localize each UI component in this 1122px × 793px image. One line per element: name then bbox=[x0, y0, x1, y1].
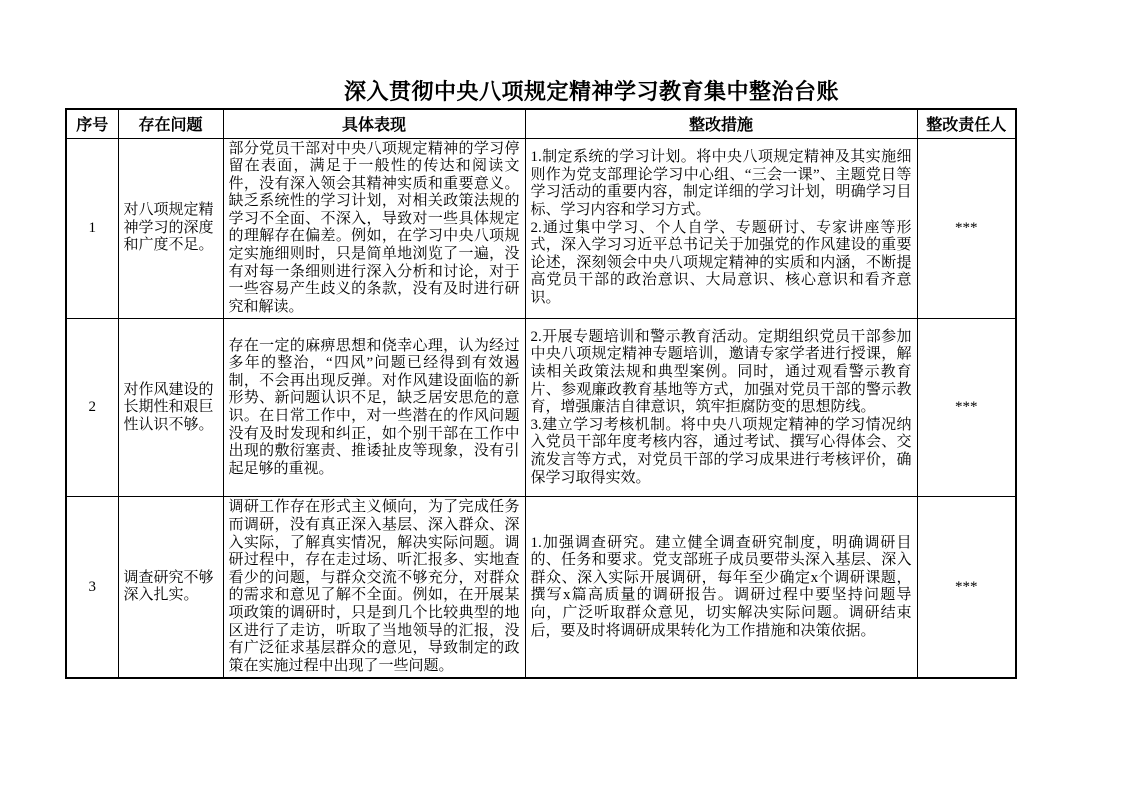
table-row: 3 调查研究不够深入扎实。 调研工作存在形式主义倾向，为了完成任务而调研，没有真… bbox=[66, 497, 1016, 678]
problem-cell: 对作风建设的长期性和艰巨性认识不够。 bbox=[118, 319, 223, 497]
header-row: 序号 存在问题 具体表现 整改措施 整改责任人 bbox=[66, 109, 1016, 138]
table-row: 1 对八项规定精神学习的深度和广度不足。 部分党员干部对中央八项规定精神的学习停… bbox=[66, 138, 1016, 319]
measure-item: 1.加强调查研究。建立健全调查研究制度，明确调研目的、任务和要求。党支部班子成员… bbox=[531, 535, 912, 641]
measures-cell: 1.制定系统的学习计划。将中央八项规定精神及其实施细则作为党支部理论学习中心组、… bbox=[525, 138, 917, 319]
measure-item: 2.开展专题培训和警示教育活动。定期组织党员干部参加中央八项规定精神专题培训，邀… bbox=[531, 329, 912, 417]
measure-item: 1.制定系统的学习计划。将中央八项规定精神及其实施细则作为党支部理论学习中心组、… bbox=[531, 149, 912, 219]
row-index-cell: 3 bbox=[66, 497, 118, 678]
measure-item: 2.通过集中学习、个人自学、专题研讨、专家讲座等形式，深入学习习近平总书记关于加… bbox=[531, 220, 912, 308]
responsible-cell: *** bbox=[917, 497, 1016, 678]
column-header-index: 序号 bbox=[66, 109, 118, 138]
manifestation-cell: 存在一定的麻痹思想和侥幸心理，认为经过多年的整治，“四风”问题已经得到有效遏制，… bbox=[223, 319, 525, 497]
manifestation-cell: 部分党员干部对中央八项规定精神的学习停留在表面，满足于一般性的传达和阅读文件，没… bbox=[223, 138, 525, 319]
column-header-measures: 整改措施 bbox=[525, 109, 917, 138]
measures-cell: 2.开展专题培训和警示教育活动。定期组织党员干部参加中央八项规定精神专题培训，邀… bbox=[525, 319, 917, 497]
document-title: 深入贯彻中央八项规定精神学习教育集中整治台账 bbox=[344, 75, 839, 106]
table-row: 2 对作风建设的长期性和艰巨性认识不够。 存在一定的麻痹思想和侥幸心理，认为经过… bbox=[66, 319, 1016, 497]
measures-cell: 1.加强调查研究。建立健全调查研究制度，明确调研目的、任务和要求。党支部班子成员… bbox=[525, 497, 917, 678]
column-header-problem: 存在问题 bbox=[118, 109, 223, 138]
rectification-ledger-table: 序号 存在问题 具体表现 整改措施 整改责任人 1 对八项规定精神学习的深度和广… bbox=[65, 108, 1017, 679]
problem-cell: 对八项规定精神学习的深度和广度不足。 bbox=[118, 138, 223, 319]
document-page: { "page": { "title": "深入贯彻中央八项规定精神学习教育集中… bbox=[0, 0, 1122, 793]
row-index-cell: 1 bbox=[66, 138, 118, 319]
row-index-cell: 2 bbox=[66, 319, 118, 497]
manifestation-cell: 调研工作存在形式主义倾向，为了完成任务而调研，没有真正深入基层、深入群众、深入实… bbox=[223, 497, 525, 678]
measure-item: 3.建立学习考核机制。将中央八项规定精神的学习情况纳入党员干部年度考核内容，通过… bbox=[531, 417, 912, 487]
problem-cell: 调查研究不够深入扎实。 bbox=[118, 497, 223, 678]
column-header-manifestation: 具体表现 bbox=[223, 109, 525, 138]
responsible-cell: *** bbox=[917, 138, 1016, 319]
column-header-responsible: 整改责任人 bbox=[917, 109, 1016, 138]
responsible-cell: *** bbox=[917, 319, 1016, 497]
